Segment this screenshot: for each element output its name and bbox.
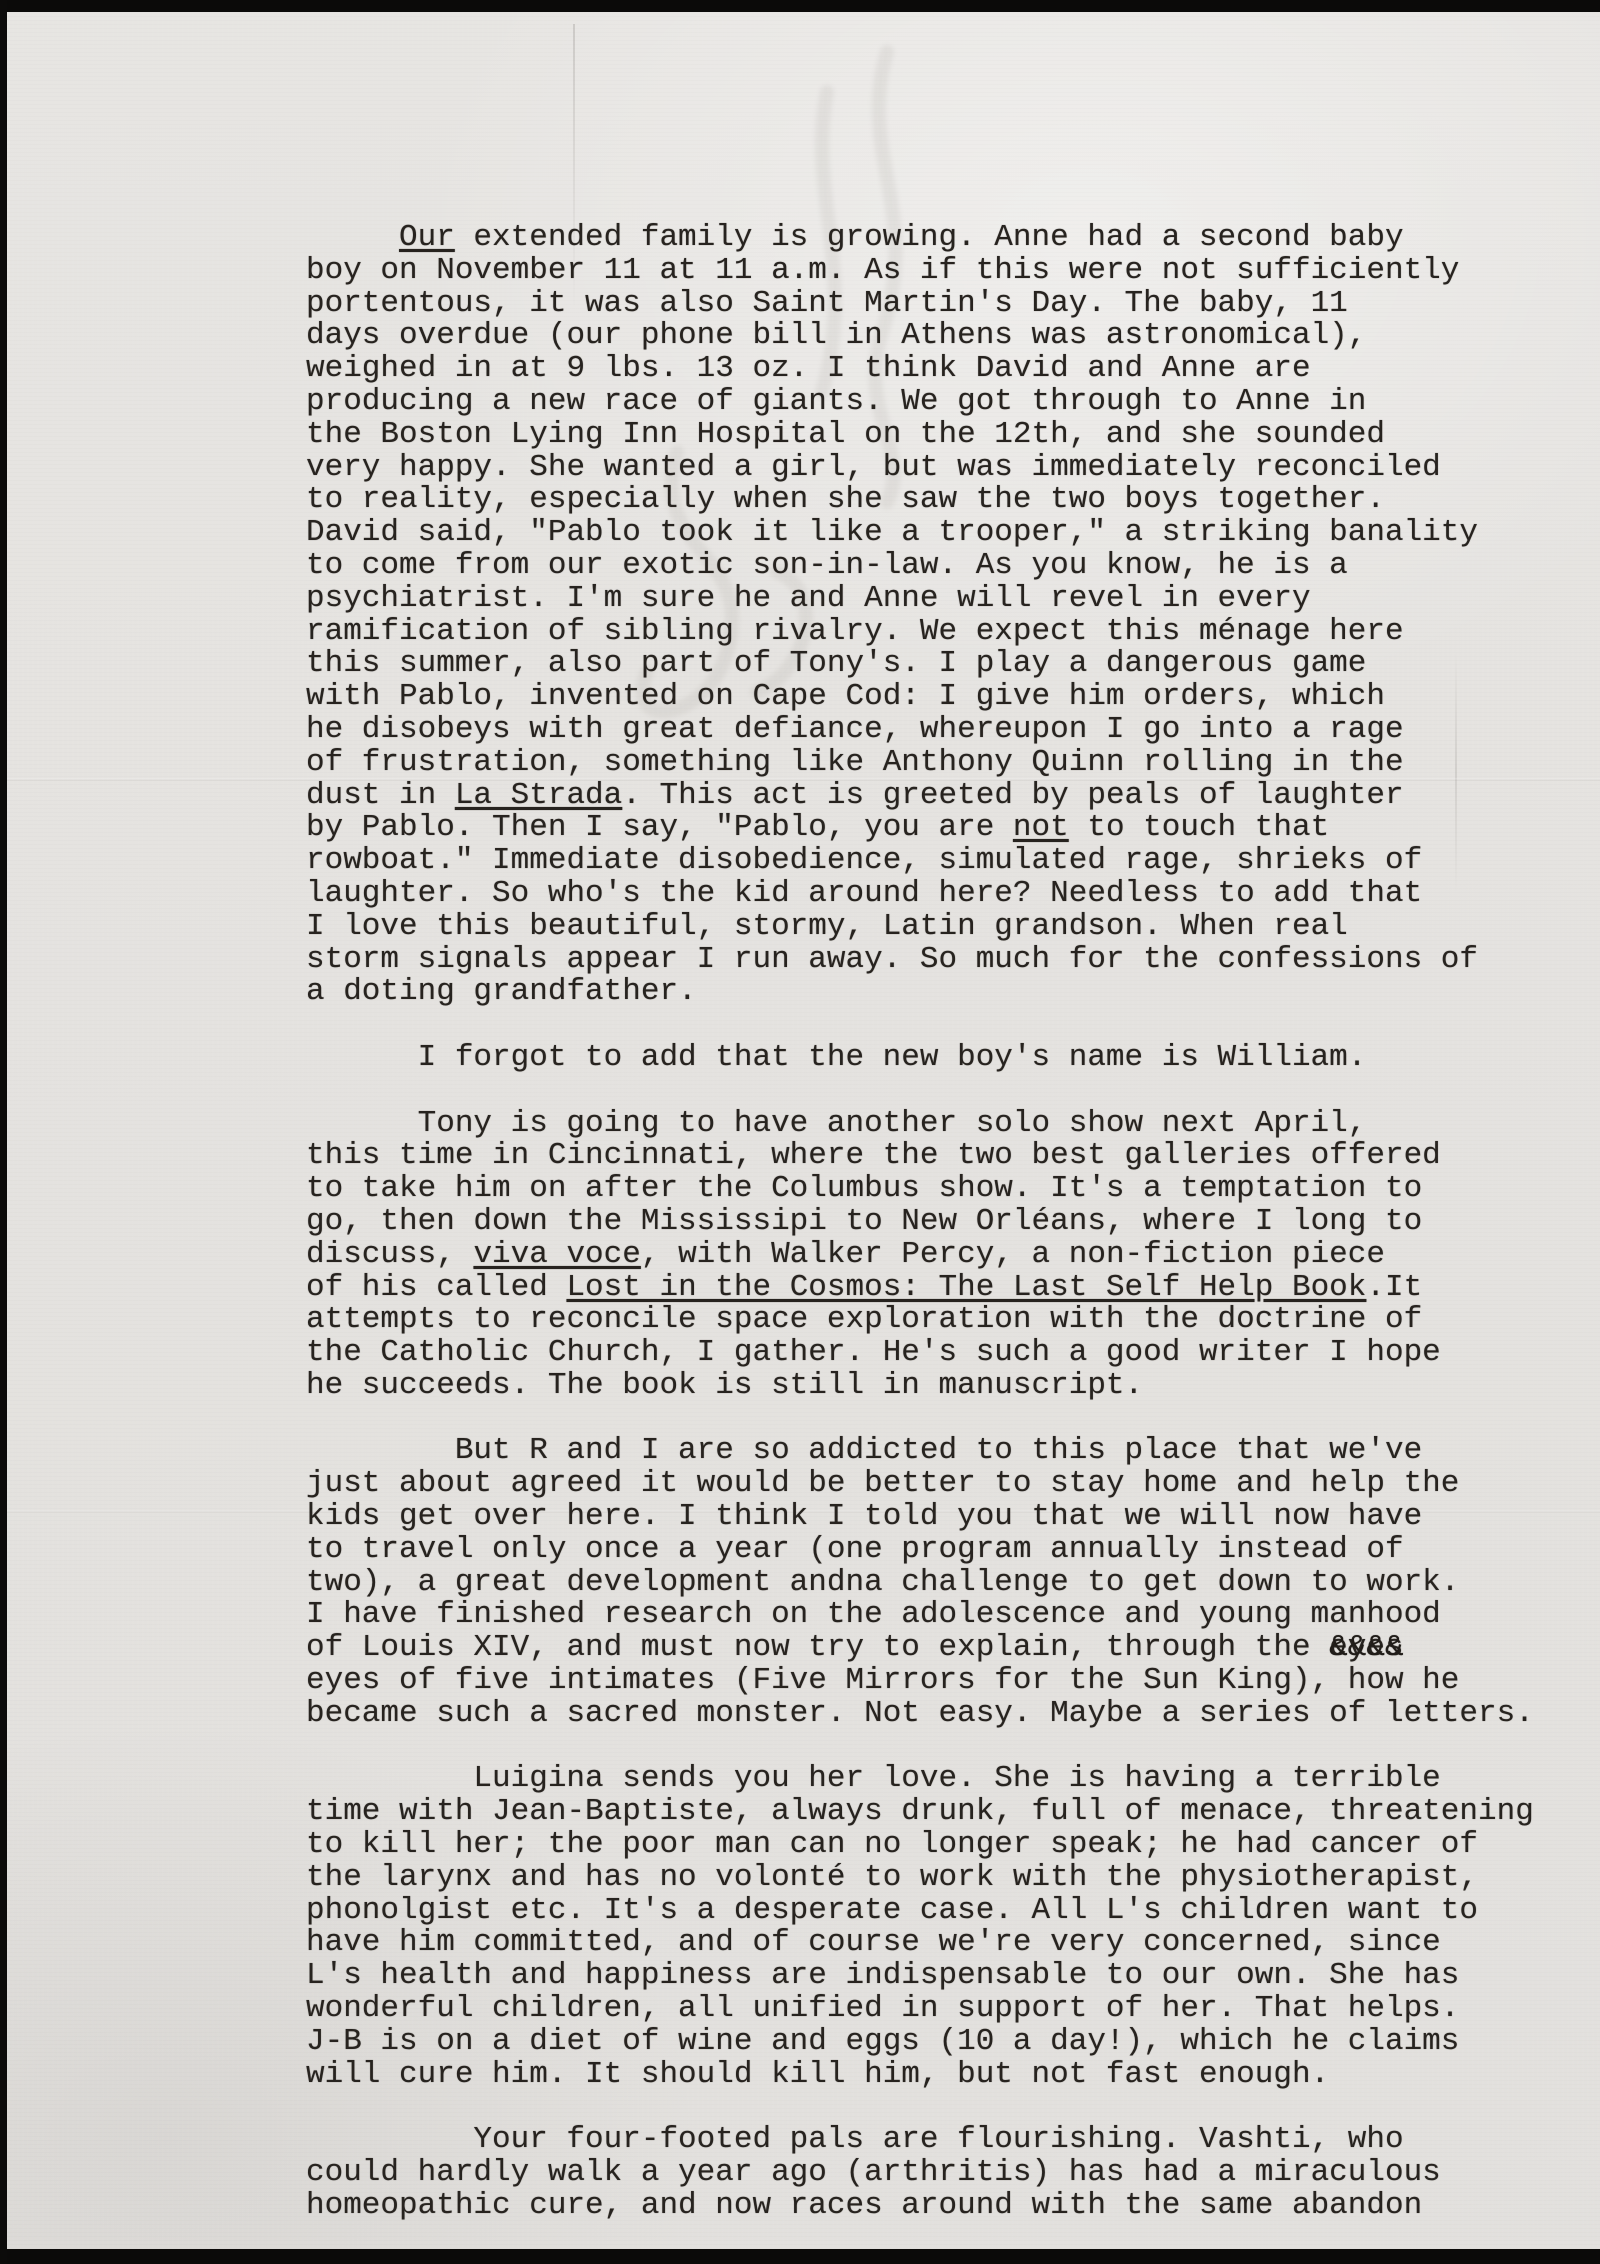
letter-line: homeopathic cure, and now races around w… <box>306 2190 1534 2223</box>
text-segment: of his called <box>306 1270 566 1305</box>
text-segment: .It <box>1366 1270 1422 1305</box>
text-segment: Tony is going to have another solo show … <box>418 1106 1367 1141</box>
letter-line: Your four-footed pals are flourishing. V… <box>306 2124 1534 2157</box>
text-segment: to touch that <box>1069 810 1329 845</box>
letter-line: by Pablo. Then I say, "Pablo, you are no… <box>306 812 1534 845</box>
text-segment: , with Walker Percy, a non-fiction piece <box>641 1237 1385 1272</box>
paragraph: Luigina sends you her love. She is havin… <box>306 1763 1534 2091</box>
text-segment: I have finished research on the adolesce… <box>306 1597 1441 1632</box>
text-segment: storm signals appear I run away. So much… <box>306 942 1478 977</box>
letter-line: have him committed, and of course we're … <box>306 1927 1534 1960</box>
letter-line: to reality, especially when she saw the … <box>306 484 1534 517</box>
letter-line: two), a great development andna challeng… <box>306 1567 1534 1600</box>
text-segment: to travel only once a year (one program … <box>306 1532 1404 1567</box>
text-segment: have him committed, and of course we're … <box>306 1925 1441 1960</box>
letter-line: eyes of five intimates (Five Mirrors for… <box>306 1665 1534 1698</box>
text-segment: this time in Cincinnati, where the two b… <box>306 1138 1441 1173</box>
text-segment: psychiatrist. I'm sure he and Anne will … <box>306 581 1311 616</box>
letter-line: wonderful children, all unified in suppo… <box>306 1993 1534 2026</box>
letter-line: phonolgist etc. It's a desperate case. A… <box>306 1895 1534 1928</box>
letter-line: could hardly walk a year ago (arthritis)… <box>306 2157 1534 2190</box>
letter-line: to come from our exotic son-in-law. As y… <box>306 550 1534 583</box>
scanned-letter-screenshot: { "page": { "kind": "scanned typewritten… <box>0 0 1600 2264</box>
letter-line: laughter. So who's the kid around here? … <box>306 878 1534 911</box>
letter-line: the Catholic Church, I gather. He's such… <box>306 1337 1534 1370</box>
overstruck-text: eyes <box>1329 1632 1403 1665</box>
text-segment: very happy. She wanted a girl, but was i… <box>306 450 1441 485</box>
underlined-text: Our <box>399 220 455 255</box>
paragraph: Your four-footed pals are flourishing. V… <box>306 2124 1534 2222</box>
letter-line: I forgot to add that the new boy's name … <box>306 1042 1534 1075</box>
letter-line: discuss, viva voce, with Walker Percy, a… <box>306 1239 1534 1272</box>
underlined-text: La Strada <box>455 778 622 813</box>
text-segment: I love this beautiful, stormy, Latin gra… <box>306 909 1348 944</box>
text-segment: the Catholic Church, I gather. He's such… <box>306 1335 1441 1370</box>
letter-line: the larynx and has no volonté to work wi… <box>306 1862 1534 1895</box>
letter-line: producing a new race of giants. We got t… <box>306 386 1534 419</box>
scan-edge-top <box>0 0 1600 12</box>
text-segment: could hardly walk a year ago (arthritis)… <box>306 2155 1441 2190</box>
scan-edge-bottom <box>0 2249 1600 2264</box>
letter-line: time with Jean-Baptiste, always drunk, f… <box>306 1796 1534 1829</box>
letter-line: J-B is on a diet of wine and eggs (10 a … <box>306 2026 1534 2059</box>
paragraph: But R and I are so addicted to this plac… <box>306 1435 1534 1730</box>
letter-line: days overdue (our phone bill in Athens w… <box>306 320 1534 353</box>
letter-line: this time in Cincinnati, where the two b… <box>306 1140 1534 1173</box>
text-segment: he succeeds. The book is still in manusc… <box>306 1368 1143 1403</box>
text-segment: portentous, it was also Saint Martin's D… <box>306 286 1348 321</box>
letter-line: with Pablo, invented on Cape Cod: I give… <box>306 681 1534 714</box>
underlined-text: not <box>1013 810 1069 845</box>
text-segment: days overdue (our phone bill in Athens w… <box>306 318 1366 353</box>
text-segment: attempts to reconcile space exploration … <box>306 1302 1422 1337</box>
letter-line: psychiatrist. I'm sure he and Anne will … <box>306 583 1534 616</box>
text-segment: to take him on after the Columbus show. … <box>306 1171 1422 1206</box>
text-segment: homeopathic cure, and now races around w… <box>306 2188 1422 2223</box>
text-segment: this summer, also part of Tony's. I play… <box>306 646 1366 681</box>
letter-line: But R and I are so addicted to this plac… <box>306 1435 1534 1468</box>
text-segment: will cure him. It should kill him, but n… <box>306 2057 1329 2092</box>
paragraph: Tony is going to have another solo show … <box>306 1108 1534 1403</box>
letter-line: Tony is going to have another solo show … <box>306 1108 1534 1141</box>
text-segment: time with Jean-Baptiste, always drunk, f… <box>306 1794 1534 1829</box>
letter-line: Our extended family is growing. Anne had… <box>306 222 1534 255</box>
text-segment: extended family is growing. Anne had a s… <box>455 220 1404 255</box>
text-segment: by Pablo. Then I say, "Pablo, you are <box>306 810 1013 845</box>
text-segment: discuss, <box>306 1237 473 1272</box>
text-segment: the larynx and has no volonté to work wi… <box>306 1860 1478 1895</box>
letter-line: to travel only once a year (one program … <box>306 1534 1534 1567</box>
letter-line: David said, "Pablo took it like a troope… <box>306 517 1534 550</box>
text-segment: to kill her; the poor man can no longer … <box>306 1827 1478 1862</box>
letter-line: to take him on after the Columbus show. … <box>306 1173 1534 1206</box>
text-segment: to come from our exotic son-in-law. As y… <box>306 548 1348 583</box>
text-segment: of Louis XIV, and must now try to explai… <box>306 1630 1329 1665</box>
text-segment: a doting grandfather. <box>306 974 697 1009</box>
text-segment: producing a new race of giants. We got t… <box>306 384 1366 419</box>
letter-line: he disobeys with great defiance, whereup… <box>306 714 1534 747</box>
text-segment: to reality, especially when she saw the … <box>306 482 1385 517</box>
letter-line: became such a sacred monster. Not easy. … <box>306 1698 1534 1731</box>
text-segment: boy on November 11 at 11 a.m. As if this… <box>306 253 1459 288</box>
text-segment: David said, "Pablo took it like a troope… <box>306 515 1478 550</box>
text-segment: rowboat." Immediate disobedience, simula… <box>306 843 1422 878</box>
letter-line: a doting grandfather. <box>306 976 1534 1009</box>
letter-line: L's health and happiness are indispensab… <box>306 1960 1534 1993</box>
text-segment: two), a great development andna challeng… <box>306 1565 1459 1600</box>
letter-line: attempts to reconcile space exploration … <box>306 1304 1534 1337</box>
text-segment: Your four-footed pals are flourishing. V… <box>473 2122 1403 2157</box>
letter-line: he succeeds. The book is still in manusc… <box>306 1370 1534 1403</box>
letter-line: this summer, also part of Tony's. I play… <box>306 648 1534 681</box>
text-segment: wonderful children, all unified in suppo… <box>306 1991 1459 2026</box>
letter-line: to kill her; the poor man can no longer … <box>306 1829 1534 1862</box>
text-segment: just about agreed it would be better to … <box>306 1466 1459 1501</box>
letter-line: ramification of sibling rivalry. We expe… <box>306 616 1534 649</box>
letter-line: portentous, it was also Saint Martin's D… <box>306 288 1534 321</box>
text-segment: he disobeys with great defiance, whereup… <box>306 712 1404 747</box>
letter-line: very happy. She wanted a girl, but was i… <box>306 452 1534 485</box>
letter-line: dust in La Strada. This act is greeted b… <box>306 780 1534 813</box>
letter-line: go, then down the Mississipi to New Orlé… <box>306 1206 1534 1239</box>
letter-line: I have finished research on the adolesce… <box>306 1599 1534 1632</box>
text-segment: dust in <box>306 778 455 813</box>
text-segment: J-B is on a diet of wine and eggs (10 a … <box>306 2024 1459 2059</box>
text-segment: eyes of five intimates (Five Mirrors for… <box>306 1663 1459 1698</box>
letter-line: the Boston Lying Inn Hospital on the 12t… <box>306 419 1534 452</box>
text-segment: I forgot to add that the new boy's name … <box>418 1040 1367 1075</box>
letter-line: boy on November 11 at 11 a.m. As if this… <box>306 255 1534 288</box>
letter-line: storm signals appear I run away. So much… <box>306 944 1534 977</box>
letter-line: Luigina sends you her love. She is havin… <box>306 1763 1534 1796</box>
text-segment: go, then down the Mississipi to New Orlé… <box>306 1204 1422 1239</box>
text-segment: the Boston Lying Inn Hospital on the 12t… <box>306 417 1385 452</box>
text-segment: But R and I are so addicted to this plac… <box>455 1433 1422 1468</box>
letter-line: rowboat." Immediate disobedience, simula… <box>306 845 1534 878</box>
text-segment: ramification of sibling rivalry. We expe… <box>306 614 1404 649</box>
letter-line: weighed in at 9 lbs. 13 oz. I think Davi… <box>306 353 1534 386</box>
scan-edge-left <box>0 0 7 2264</box>
text-segment: kids get over here. I think I told you t… <box>306 1499 1422 1534</box>
letter-line: just about agreed it would be better to … <box>306 1468 1534 1501</box>
text-segment: with Pablo, invented on Cape Cod: I give… <box>306 679 1385 714</box>
underlined-text: viva voce <box>473 1237 640 1272</box>
text-segment: Luigina sends you her love. She is havin… <box>473 1761 1440 1796</box>
text-segment: phonolgist etc. It's a desperate case. A… <box>306 1893 1478 1928</box>
letter-line: will cure him. It should kill him, but n… <box>306 2059 1534 2092</box>
letter-line: of Louis XIV, and must now try to explai… <box>306 1632 1534 1665</box>
letter-line: of his called Lost in the Cosmos: The La… <box>306 1272 1534 1305</box>
letter-line: of frustration, something like Anthony Q… <box>306 747 1534 780</box>
text-segment: L's health and happiness are indispensab… <box>306 1958 1459 1993</box>
text-segment: became such a sacred monster. Not easy. … <box>306 1696 1534 1731</box>
text-segment: laughter. So who's the kid around here? … <box>306 876 1422 911</box>
text-segment: . This act is greeted by peals of laught… <box>622 778 1403 813</box>
paragraph: I forgot to add that the new boy's name … <box>306 1042 1534 1075</box>
letter-body: Our extended family is growing. Anne had… <box>306 222 1534 2223</box>
letter-line: kids get over here. I think I told you t… <box>306 1501 1534 1534</box>
letter-line: I love this beautiful, stormy, Latin gra… <box>306 911 1534 944</box>
text-segment: of frustration, something like Anthony Q… <box>306 745 1404 780</box>
underlined-text: Lost in the Cosmos: The Last Self Help B… <box>566 1270 1366 1305</box>
text-segment: weighed in at 9 lbs. 13 oz. I think Davi… <box>306 351 1311 386</box>
paragraph: Our extended family is growing. Anne had… <box>306 222 1534 1009</box>
